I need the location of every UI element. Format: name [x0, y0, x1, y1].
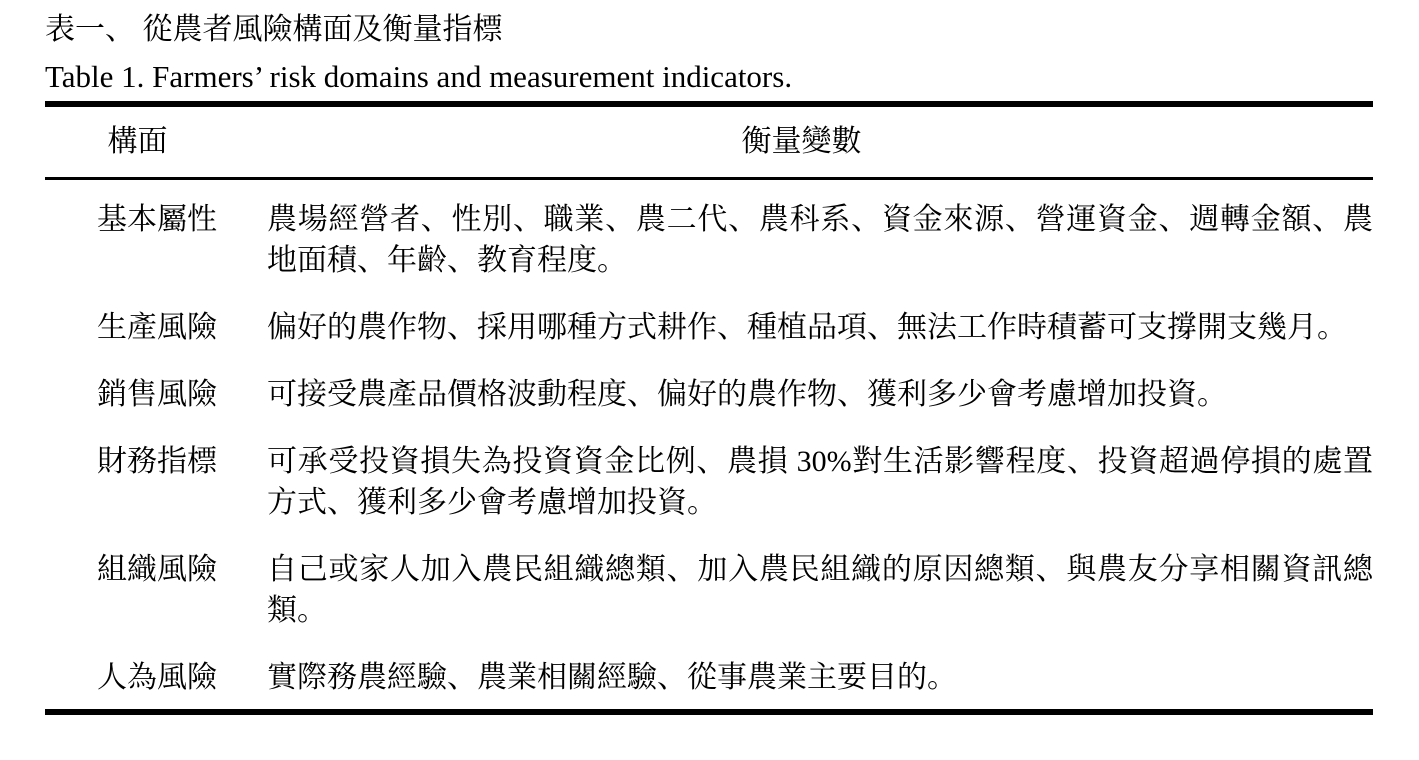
risk-domains-table: 構面 衡量變數 基本屬性 農場經營者、性別、職業、農二代、農科系、資金來源、營運… [45, 101, 1373, 715]
table-row: 銷售風險 可接受農產品價格波動程度、偏好的農作物、獲利多少會考慮增加投資。 [45, 374, 1373, 415]
table-row: 生產風險 偏好的農作物、採用哪種方式耕作、種植品項、無法工作時積蓄可支撐開支幾月… [45, 307, 1373, 348]
cell-variables: 偏好的農作物、採用哪種方式耕作、種植品項、無法工作時積蓄可支撐開支幾月。 [267, 307, 1373, 348]
cell-variables: 自己或家人加入農民組織總類、加入農民組織的原因總類、與農友分享相關資訊總類。 [267, 549, 1373, 631]
cell-domain: 財務指標 [45, 441, 267, 523]
table-body: 基本屬性 農場經營者、性別、職業、農二代、農科系、資金來源、營運資金、週轉金額、… [45, 199, 1373, 709]
table-caption-zh: 表一、 從農者風險構面及衡量指標 [45, 6, 1373, 54]
cell-domain: 人為風險 [45, 657, 267, 698]
table-row: 基本屬性 農場經營者、性別、職業、農二代、農科系、資金來源、營運資金、週轉金額、… [45, 199, 1373, 281]
table-row: 人為風險 實際務農經驗、農業相關經驗、從事農業主要目的。 [45, 657, 1373, 698]
cell-variables: 可接受農產品價格波動程度、偏好的農作物、獲利多少會考慮增加投資。 [267, 374, 1373, 415]
cell-domain: 銷售風險 [45, 374, 267, 415]
table-row: 財務指標 可承受投資損失為投資資金比例、農損 30%對生活影響程度、投資超過停損… [45, 441, 1373, 523]
column-header-variables: 衡量變數 [230, 119, 1373, 164]
column-header-domain: 構面 [45, 119, 230, 164]
document-page: 表一、 從農者風險構面及衡量指標 Table 1. Farmers’ risk … [0, 0, 1419, 715]
cell-variables: 可承受投資損失為投資資金比例、農損 30%對生活影響程度、投資超過停損的處置方式… [267, 441, 1373, 523]
cell-domain: 生產風險 [45, 307, 267, 348]
table-row: 組織風險 自己或家人加入農民組織總類、加入農民組織的原因總類、與農友分享相關資訊… [45, 549, 1373, 631]
cell-variables: 實際務農經驗、農業相關經驗、從事農業主要目的。 [267, 657, 1373, 698]
table-header-row: 構面 衡量變數 [45, 107, 1373, 180]
table-caption-en: Table 1. Farmers’ risk domains and measu… [45, 54, 1373, 99]
cell-domain: 組織風險 [45, 549, 267, 631]
cell-variables: 農場經營者、性別、職業、農二代、農科系、資金來源、營運資金、週轉金額、農地面積、… [267, 199, 1373, 281]
cell-domain: 基本屬性 [45, 199, 267, 281]
